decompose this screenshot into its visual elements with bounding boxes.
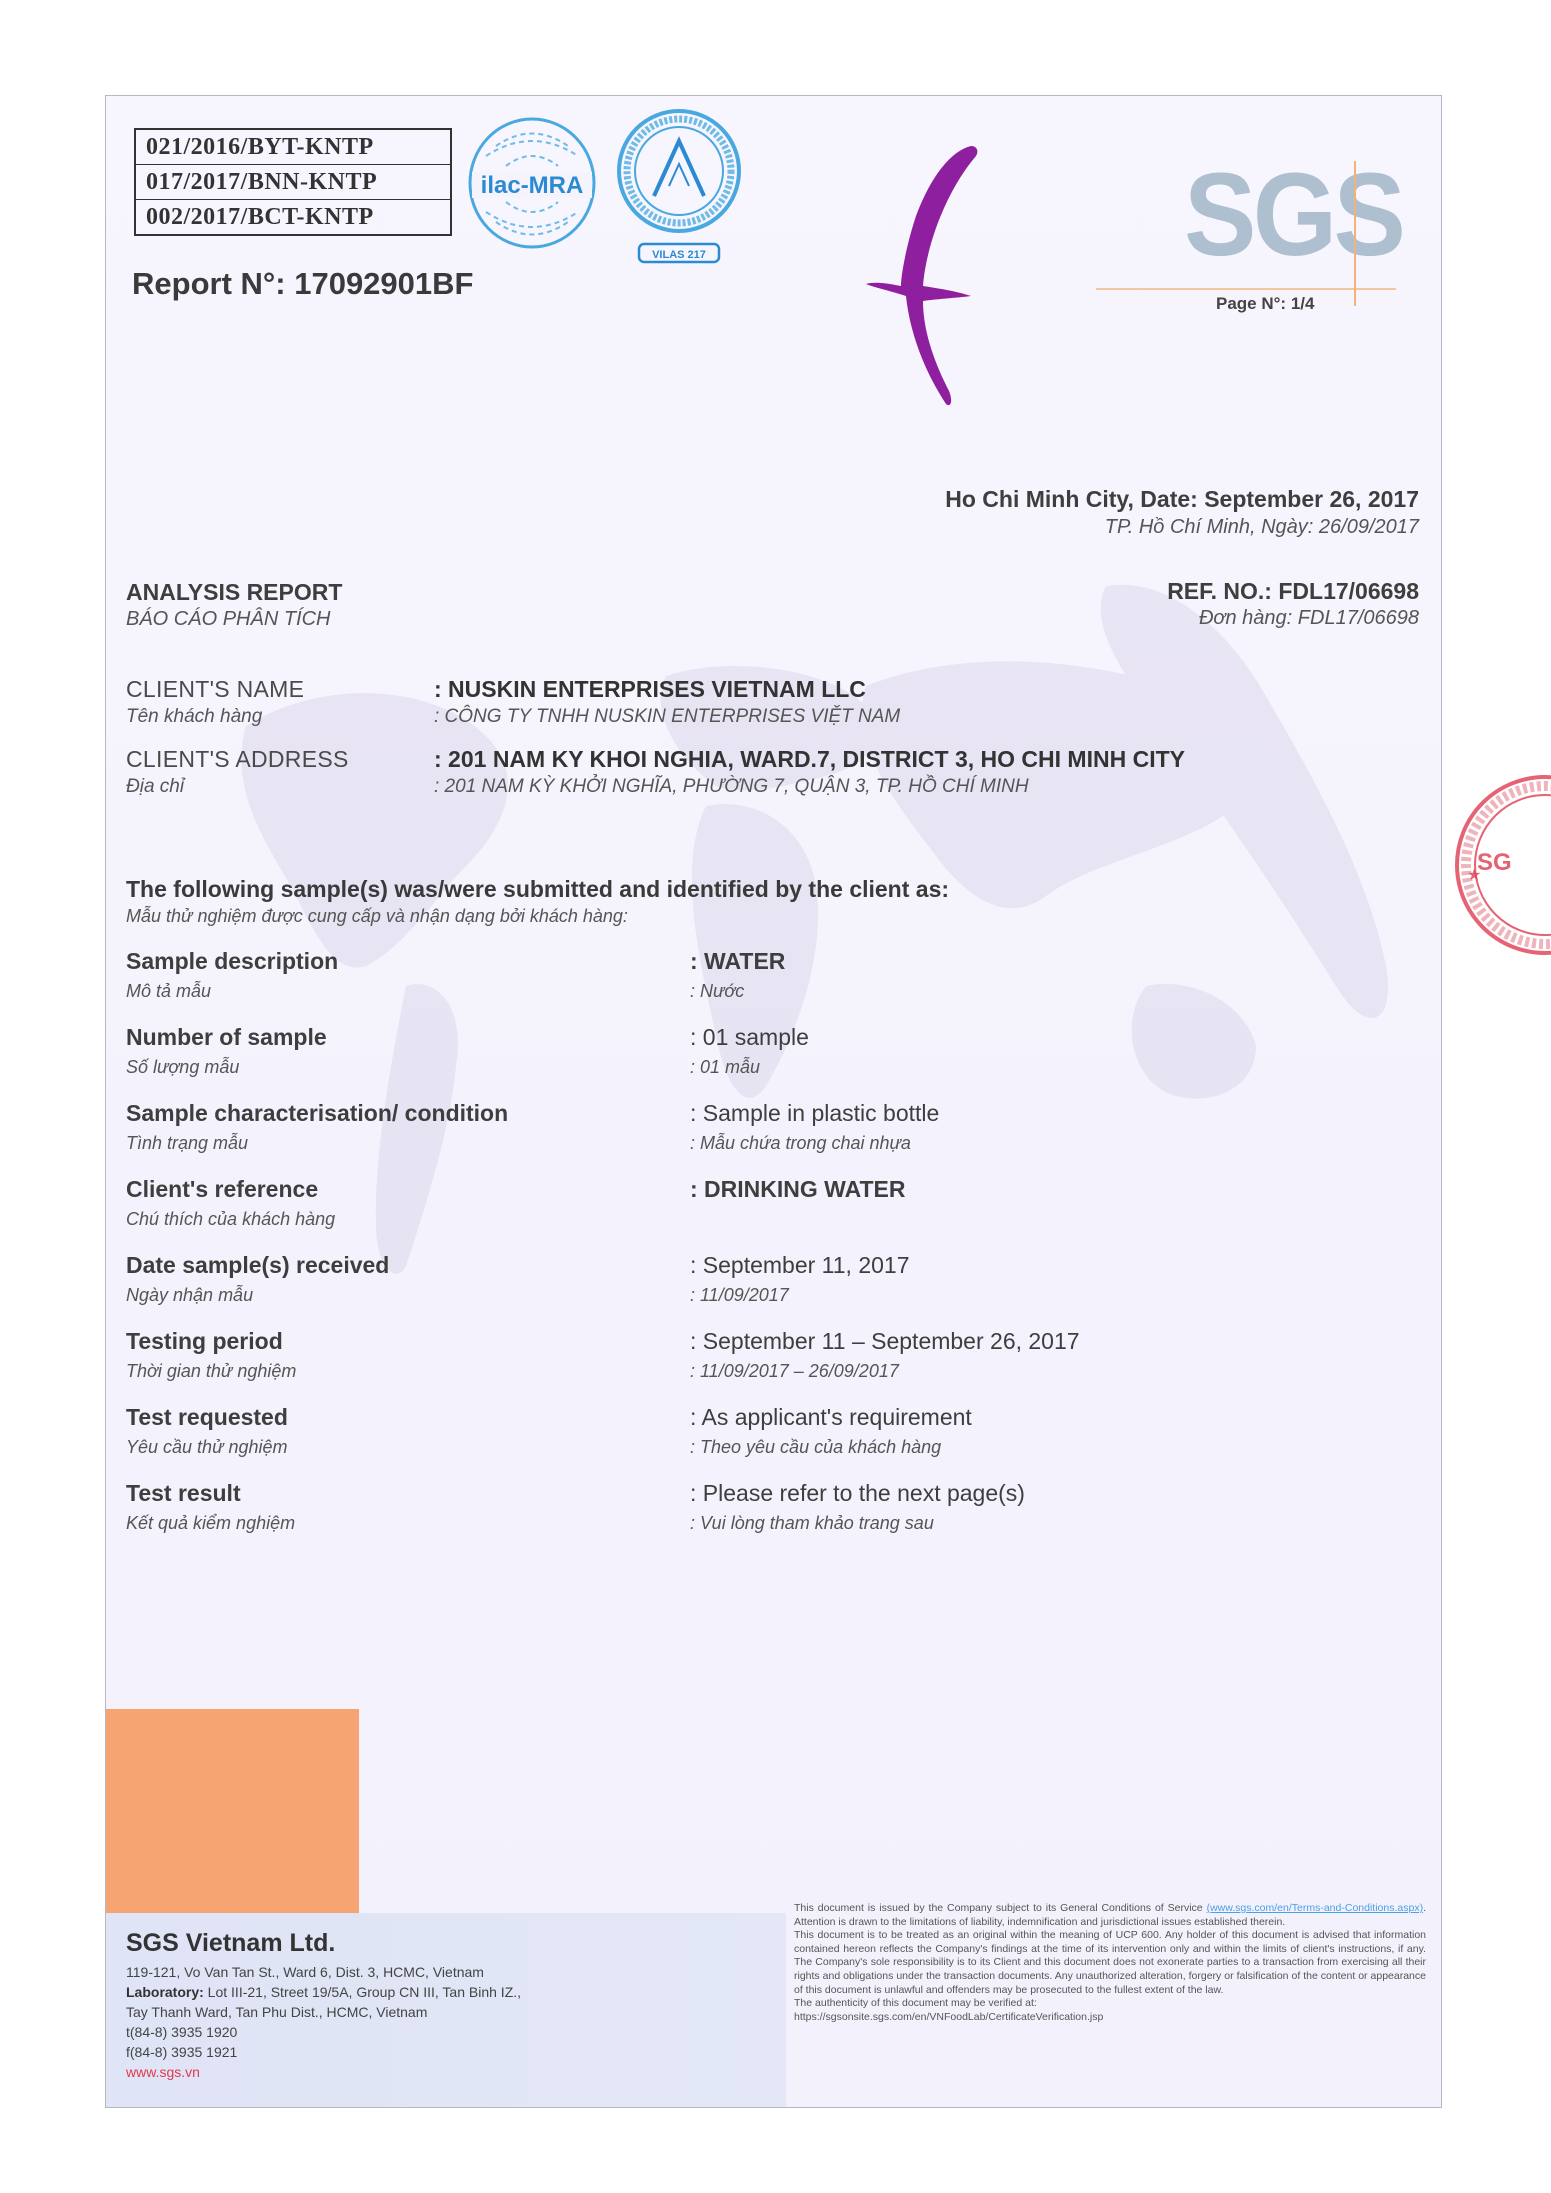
report-number: Report N°: 17092901BF: [132, 266, 473, 302]
field-label-vn: Yêu cầu thử nghiệm: [126, 1437, 690, 1458]
client-address-label: CLIENT'S ADDRESS: [126, 746, 349, 773]
field-value-vn: : 11/09/2017: [690, 1285, 910, 1306]
client-name-label: CLIENT'S NAME: [126, 676, 304, 703]
field-number-of-sample: Number of sampleSố lượng mẫu : 01 sample…: [126, 1024, 1126, 1100]
svg-text:★: ★: [1467, 867, 1481, 884]
logo-crosshair-line: [1354, 161, 1356, 306]
field-value: : As applicant's requirement: [690, 1404, 972, 1431]
field-value-vn: : 11/09/2017 – 26/09/2017: [690, 1361, 1080, 1382]
footer-fax: f(84-8) 3935 1921: [126, 2044, 237, 2060]
field-label-vn: Số lượng mẫu: [126, 1057, 690, 1078]
footer-phone: t(84-8) 3935 1920: [126, 2024, 237, 2040]
company-stamp-icon: SG ★: [1445, 755, 1551, 1005]
field-value-vn: : Nước: [690, 981, 785, 1002]
field-value-vn: : Theo yêu cầu của khách hàng: [690, 1437, 972, 1458]
report-title-vn: BÁO CÁO PHÂN TÍCH: [126, 608, 330, 631]
field-value-vn: : Vui lòng tham khảo trang sau: [690, 1513, 1025, 1534]
logo-crosshair-line: [1096, 288, 1396, 290]
field-date-received: Date sample(s) receivedNgày nhận mẫu : S…: [126, 1252, 1126, 1328]
field-label: Sample description: [126, 948, 690, 975]
svg-text:ilac-MRA: ilac-MRA: [481, 172, 584, 199]
client-name-vn: : CÔNG TY TNHH NUSKIN ENTERPRISES VIỆT N…: [434, 706, 900, 728]
client-name: : NUSKIN ENTERPRISES VIETNAM LLC: [434, 676, 866, 703]
bird-logo-icon: [861, 136, 1001, 411]
page-number: Page N°: 1/4: [1216, 294, 1314, 314]
report-page: 021/2016/BYT-KNTP 017/2017/BNN-KNTP 002/…: [105, 95, 1442, 2108]
reference-number: REF. NO.: FDL17/06698: [1167, 578, 1419, 605]
orange-brand-block: [106, 1709, 359, 1913]
footer-lab-address: Laboratory: Lot III-21, Street 19/5A, Gr…: [126, 1984, 521, 2000]
sgs-logo-text: SGS: [1184, 156, 1402, 274]
reference-number-vn: Đơn hàng: FDL17/06698: [1199, 607, 1419, 630]
field-label: Date sample(s) received: [126, 1252, 690, 1279]
client-address-label-vn: Địa chỉ: [126, 776, 184, 798]
sgs-logo: SGS Page N°: 1/4: [1146, 156, 1442, 326]
field-testing-period: Testing periodThời gian thử nghiệm : Sep…: [126, 1328, 1126, 1404]
lab-address-line: Lot III-21, Street 19/5A, Group CN III, …: [204, 1984, 521, 2000]
field-label: Test result: [126, 1480, 690, 1507]
field-label: Number of sample: [126, 1024, 690, 1051]
report-title: ANALYSIS REPORT: [126, 579, 342, 606]
report-date-vn: TP. Hồ Chí Minh, Ngày: 26/09/2017: [1105, 516, 1419, 539]
verification-link[interactable]: https://sgsonsite.sgs.com/en/VNFoodLab/C…: [794, 2011, 1103, 2023]
footer-website-link[interactable]: www.sgs.vn: [126, 2064, 200, 2080]
license-number: 002/2017/BCT-KNTP: [136, 200, 450, 234]
field-sample-condition: Sample characterisation/ conditionTình t…: [126, 1100, 1126, 1176]
field-label-vn: Thời gian thử nghiệm: [126, 1361, 690, 1382]
field-label-vn: Kết quả kiểm nghiệm: [126, 1513, 690, 1534]
disclaimer-text: This document is issued by the Company s…: [794, 1902, 1203, 1914]
disclaimer-text: The authenticity of this document may be…: [794, 1997, 1037, 2009]
terms-link[interactable]: (www.sgs.com/en/Terms-and-Conditions.asp…: [1207, 1902, 1424, 1914]
field-value: : September 11 – September 26, 2017: [690, 1328, 1080, 1355]
disclaimer-text: This document is to be treated as an ori…: [794, 1929, 1426, 1995]
client-name-label-vn: Tên khách hàng: [126, 706, 262, 728]
field-value: : 01 sample: [690, 1024, 809, 1051]
field-value-vn: : 01 mẫu: [690, 1057, 809, 1078]
ilac-mra-logo-icon: ilac-MRA: [466, 116, 598, 251]
client-address-vn: : 201 NAM KỲ KHỞI NGHĨA, PHƯỜNG 7, QUẬN …: [434, 776, 1029, 798]
field-value: : DRINKING WATER: [690, 1176, 906, 1203]
field-value: : Sample in plastic bottle: [690, 1100, 939, 1127]
field-value: : Please refer to the next page(s): [690, 1480, 1025, 1507]
field-label: Client's reference: [126, 1176, 690, 1203]
footer-address: 119-121, Vo Van Tan St., Ward 6, Dist. 3…: [126, 1964, 484, 1980]
report-date: Ho Chi Minh City, Date: September 26, 20…: [945, 486, 1419, 513]
field-value-vn: : Mẫu chứa trong chai nhựa: [690, 1133, 939, 1154]
field-sample-description: Sample descriptionMô tả mẫu : WATER: Nướ…: [126, 948, 1126, 1024]
footer-company-name: SGS Vietnam Ltd.: [126, 1929, 335, 1958]
field-label-vn: Mô tả mẫu: [126, 981, 690, 1002]
field-label: Sample characterisation/ condition: [126, 1100, 690, 1127]
field-test-result: Test resultKết quả kiểm nghiệm : Please …: [126, 1480, 1126, 1556]
sample-intro-vn: Mẫu thử nghiệm được cung cấp và nhận dạn…: [126, 906, 628, 927]
license-number: 021/2016/BYT-KNTP: [136, 130, 450, 165]
footer-lab-address-2: Tay Thanh Ward, Tan Phu Dist., HCMC, Vie…: [126, 2004, 427, 2020]
legal-disclaimer: This document is issued by the Company s…: [794, 1902, 1426, 2024]
field-value: : September 11, 2017: [690, 1252, 910, 1279]
license-numbers-box: 021/2016/BYT-KNTP 017/2017/BNN-KNTP 002/…: [134, 128, 452, 236]
field-label: Testing period: [126, 1328, 690, 1355]
sample-fields: Sample descriptionMô tả mẫu : WATER: Nướ…: [126, 948, 1126, 1556]
license-number: 017/2017/BNN-KNTP: [136, 165, 450, 200]
field-label-vn: Tình trạng mẫu: [126, 1133, 690, 1154]
client-address: : 201 NAM KY KHOI NGHIA, WARD.7, DISTRIC…: [434, 746, 1185, 773]
svg-text:VILAS 217: VILAS 217: [652, 249, 706, 261]
field-label-vn: Ngày nhận mẫu: [126, 1285, 690, 1306]
field-test-requested: Test requestedYêu cầu thử nghiệm : As ap…: [126, 1404, 1126, 1480]
sample-intro: The following sample(s) was/were submitt…: [126, 876, 949, 903]
field-label: Test requested: [126, 1404, 690, 1431]
field-label-vn: Chú thích của khách hàng: [126, 1209, 690, 1230]
lab-label: Laboratory:: [126, 1984, 204, 2000]
field-value: : WATER: [690, 948, 785, 975]
boa-accreditation-logo-icon: VILAS 217: [614, 106, 744, 271]
svg-text:SG: SG: [1477, 849, 1512, 876]
field-client-reference: Client's referenceChú thích của khách hà…: [126, 1176, 1126, 1252]
